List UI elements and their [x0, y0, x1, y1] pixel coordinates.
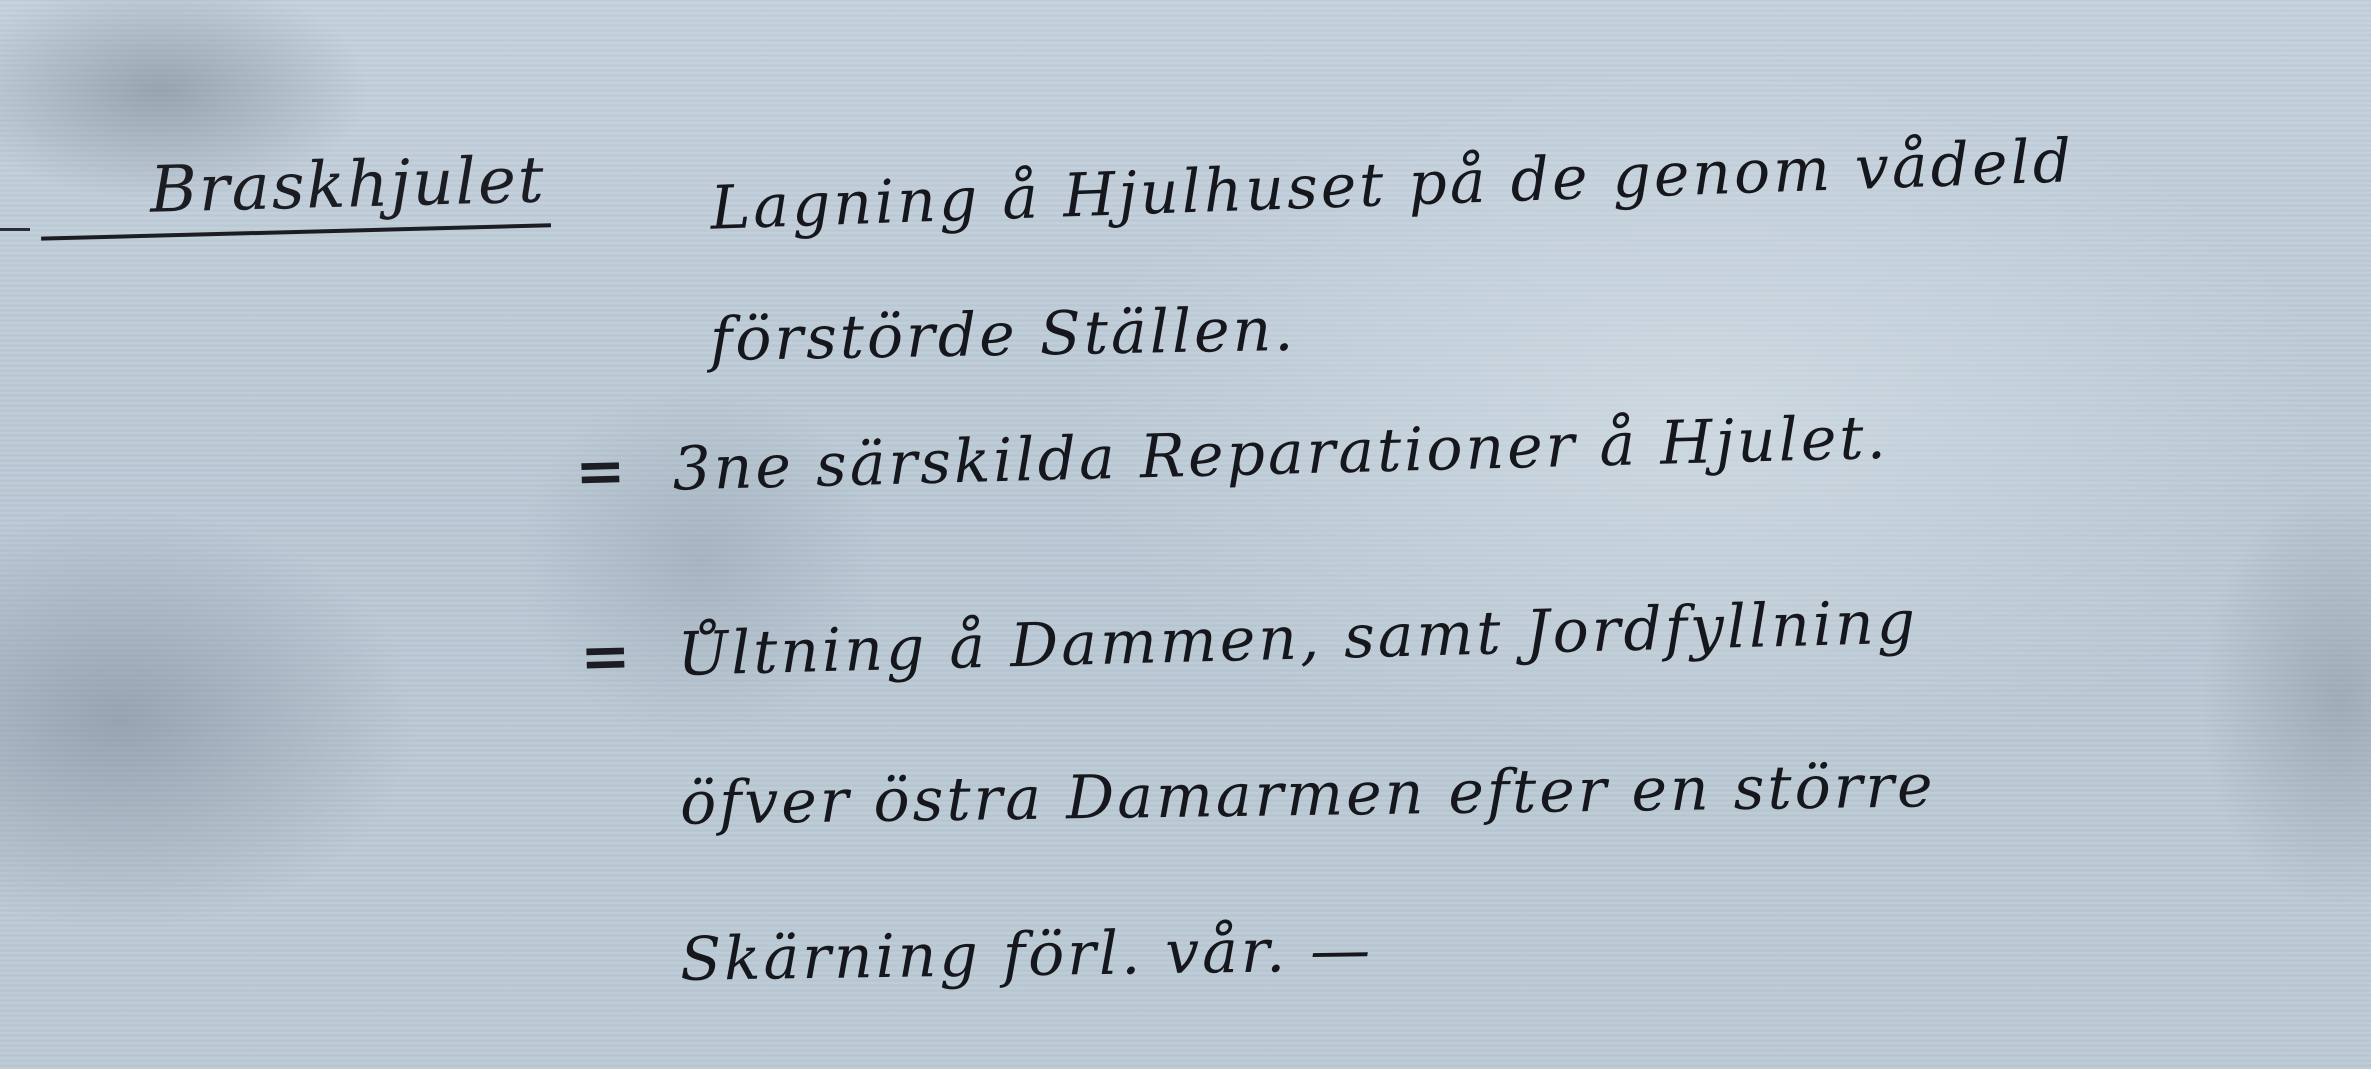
double-dash-marker: = — [574, 436, 629, 507]
margin-dash — [0, 228, 30, 231]
document-heading: Braskhjulet — [39, 143, 551, 240]
double-dash-marker: = — [579, 621, 634, 692]
text-line-6: Skärning förl. vår. — — [680, 915, 1374, 995]
line-text: förstörde Ställen. — [709, 295, 1296, 375]
text-line-2: förstörde Ställen. — [709, 295, 1296, 375]
line-text: Skärning förl. vår. — — [680, 915, 1374, 995]
